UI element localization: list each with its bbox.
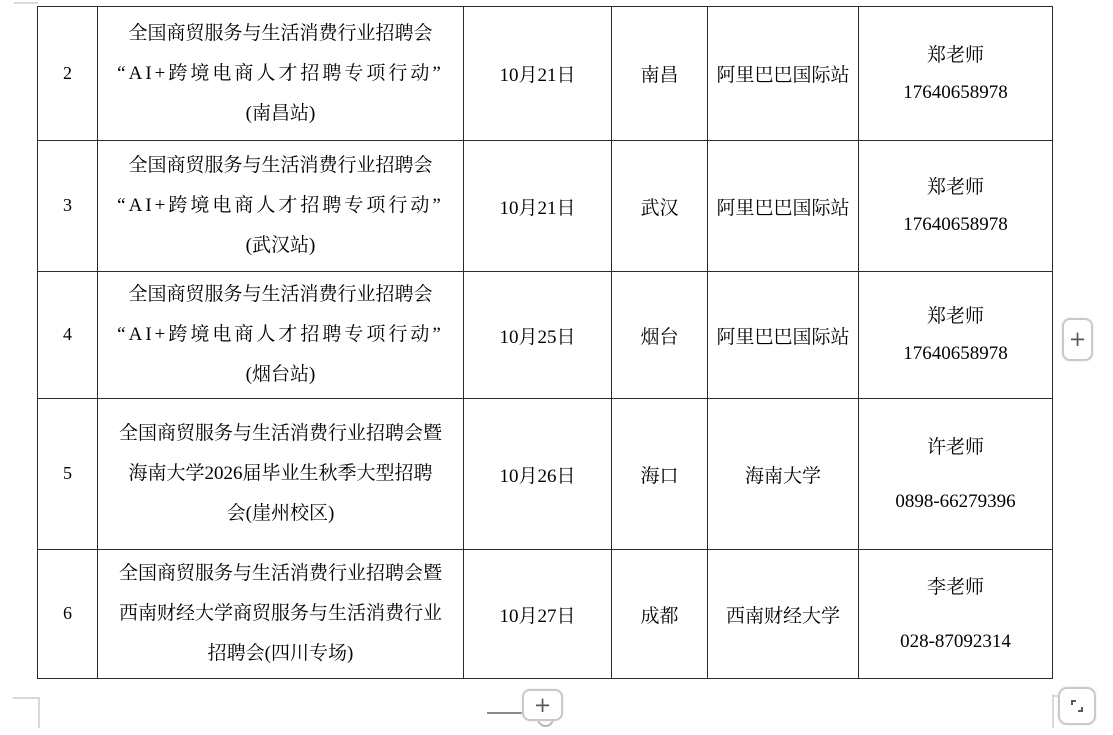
schedule-table: 2 全国商贸服务与生活消费行业招聘会 “AI+跨境电商人才招聘专项行动” (南昌… — [37, 6, 1053, 679]
event-city: 海口 — [640, 466, 678, 487]
event-date: 10月26日 — [499, 466, 575, 487]
event-date: 10月21日 — [499, 198, 575, 219]
contact-phone: 028-87092314 — [861, 623, 1050, 660]
row-index-cell[interactable]: 4 — [38, 272, 98, 399]
city-cell[interactable]: 成都 — [612, 550, 708, 679]
contact-cell[interactable]: 郑老师 17640658978 — [859, 272, 1053, 399]
event-name-line: 招聘会(四川专场) — [100, 634, 461, 674]
contact-cell[interactable]: 郑老师 17640658978 — [859, 7, 1053, 141]
city-cell[interactable]: 南昌 — [612, 7, 708, 141]
event-name-line: “AI+跨境电商人才招聘专项行动” — [100, 186, 461, 226]
date-cell[interactable]: 10月21日 — [464, 7, 612, 141]
row-index: 3 — [63, 195, 72, 215]
event-city: 烟台 — [640, 327, 678, 348]
table-resize-button[interactable] — [1058, 687, 1096, 725]
contact-name: 郑老师 — [861, 37, 1050, 74]
plus-icon: + — [534, 695, 552, 716]
contact-name: 李老师 — [861, 569, 1050, 606]
contact-name: 许老师 — [861, 429, 1050, 466]
row-index: 5 — [63, 463, 72, 483]
organizer-cell[interactable]: 阿里巴巴国际站 — [708, 7, 859, 141]
event-date: 10月25日 — [499, 327, 575, 348]
event-name-cell[interactable]: 全国商贸服务与生活消费行业招聘会暨 西南财经大学商贸服务与生活消费行业 招聘会(… — [98, 550, 464, 679]
document-page: 2 全国商贸服务与生活消费行业招聘会 “AI+跨境电商人才招聘专项行动” (南昌… — [0, 0, 1113, 735]
row-index-cell[interactable]: 5 — [38, 399, 98, 550]
table-row: 2 全国商贸服务与生活消费行业招聘会 “AI+跨境电商人才招聘专项行动” (南昌… — [38, 7, 1053, 141]
event-city: 南昌 — [640, 65, 678, 86]
event-name-line: 全国商贸服务与生活消费行业招聘会暨 — [100, 554, 461, 594]
city-cell[interactable]: 武汉 — [612, 141, 708, 272]
event-date: 10月27日 — [499, 606, 575, 627]
date-cell[interactable]: 10月21日 — [464, 141, 612, 272]
contact-phone: 0898-66279396 — [861, 483, 1050, 520]
insert-row-indicator-line — [487, 712, 523, 714]
text-boundary-mark-bottom-right — [1052, 694, 1054, 728]
event-name-line: 西南财经大学商贸服务与生活消费行业 — [100, 594, 461, 634]
event-name-line: “AI+跨境电商人才招聘专项行动” — [100, 54, 461, 94]
table-row: 6 全国商贸服务与生活消费行业招聘会暨 西南财经大学商贸服务与生活消费行业 招聘… — [38, 550, 1053, 679]
contact-phone: 17640658978 — [861, 335, 1050, 372]
date-cell[interactable]: 10月25日 — [464, 272, 612, 399]
add-column-button[interactable]: + — [1062, 318, 1093, 361]
table-row: 4 全国商贸服务与生活消费行业招聘会 “AI+跨境电商人才招聘专项行动” (烟台… — [38, 272, 1053, 399]
event-name-line: (武汉站) — [100, 226, 461, 266]
row-index-cell[interactable]: 3 — [38, 141, 98, 272]
event-city: 成都 — [640, 606, 678, 627]
event-city: 武汉 — [640, 198, 678, 219]
row-index-cell[interactable]: 2 — [38, 7, 98, 141]
organizer-cell[interactable]: 西南财经大学 — [708, 550, 859, 679]
contact-name: 郑老师 — [861, 169, 1050, 206]
row-index: 2 — [63, 63, 72, 83]
organizer-cell[interactable]: 海南大学 — [708, 399, 859, 550]
table-row: 5 全国商贸服务与生活消费行业招聘会暨 海南大学2026届毕业生秋季大型招聘 会… — [38, 399, 1053, 550]
event-name-line: 全国商贸服务与生活消费行业招聘会 — [100, 146, 461, 186]
organizer-cell[interactable]: 阿里巴巴国际站 — [708, 141, 859, 272]
event-name-line: “AI+跨境电商人才招聘专项行动” — [100, 315, 461, 355]
row-index: 6 — [63, 603, 72, 623]
table-row: 3 全国商贸服务与生活消费行业招聘会 “AI+跨境电商人才招聘专项行动” (武汉… — [38, 141, 1053, 272]
add-row-button[interactable]: + — [522, 689, 563, 721]
contact-phone: 17640658978 — [861, 206, 1050, 243]
event-organizer: 西南财经大学 — [726, 606, 840, 627]
text-boundary-mark-bottom-left — [13, 697, 40, 699]
city-cell[interactable]: 海口 — [612, 399, 708, 550]
event-name-line: 全国商贸服务与生活消费行业招聘会 — [100, 275, 461, 315]
contact-cell[interactable]: 郑老师 17640658978 — [859, 141, 1053, 272]
event-name-line: (南昌站) — [100, 94, 461, 134]
event-name-cell[interactable]: 全国商贸服务与生活消费行业招聘会暨 海南大学2026届毕业生秋季大型招聘 会(崖… — [98, 399, 464, 550]
resize-icon — [1068, 697, 1086, 715]
plus-icon: + — [1069, 329, 1087, 350]
event-name-line: 会(崖州校区) — [100, 494, 461, 534]
event-name-cell[interactable]: 全国商贸服务与生活消费行业招聘会 “AI+跨境电商人才招聘专项行动” (烟台站) — [98, 272, 464, 399]
event-name-cell[interactable]: 全国商贸服务与生活消费行业招聘会 “AI+跨境电商人才招聘专项行动” (武汉站) — [98, 141, 464, 272]
event-date: 10月21日 — [499, 65, 575, 86]
contact-cell[interactable]: 李老师 028-87092314 — [859, 550, 1053, 679]
event-name-line: (烟台站) — [100, 355, 461, 395]
contact-cell[interactable]: 许老师 0898-66279396 — [859, 399, 1053, 550]
row-index-cell[interactable]: 6 — [38, 550, 98, 679]
event-name-cell[interactable]: 全国商贸服务与生活消费行业招聘会 “AI+跨境电商人才招聘专项行动” (南昌站) — [98, 7, 464, 141]
event-organizer: 阿里巴巴国际站 — [716, 65, 849, 86]
organizer-cell[interactable]: 阿里巴巴国际站 — [708, 272, 859, 399]
city-cell[interactable]: 烟台 — [612, 272, 708, 399]
contact-name: 郑老师 — [861, 298, 1050, 335]
event-organizer: 阿里巴巴国际站 — [716, 327, 849, 348]
contact-phone: 17640658978 — [861, 74, 1050, 111]
event-organizer: 阿里巴巴国际站 — [716, 198, 849, 219]
event-name-line: 海南大学2026届毕业生秋季大型招聘 — [100, 454, 461, 494]
row-index: 4 — [63, 324, 72, 344]
event-name-line: 全国商贸服务与生活消费行业招聘会暨 — [100, 414, 461, 454]
text-boundary-mark-bottom-left — [38, 697, 40, 728]
date-cell[interactable]: 10月27日 — [464, 550, 612, 679]
event-name-line: 全国商贸服务与生活消费行业招聘会 — [100, 14, 461, 54]
event-organizer: 海南大学 — [745, 466, 821, 487]
text-boundary-mark-top-left — [14, 2, 38, 4]
date-cell[interactable]: 10月26日 — [464, 399, 612, 550]
